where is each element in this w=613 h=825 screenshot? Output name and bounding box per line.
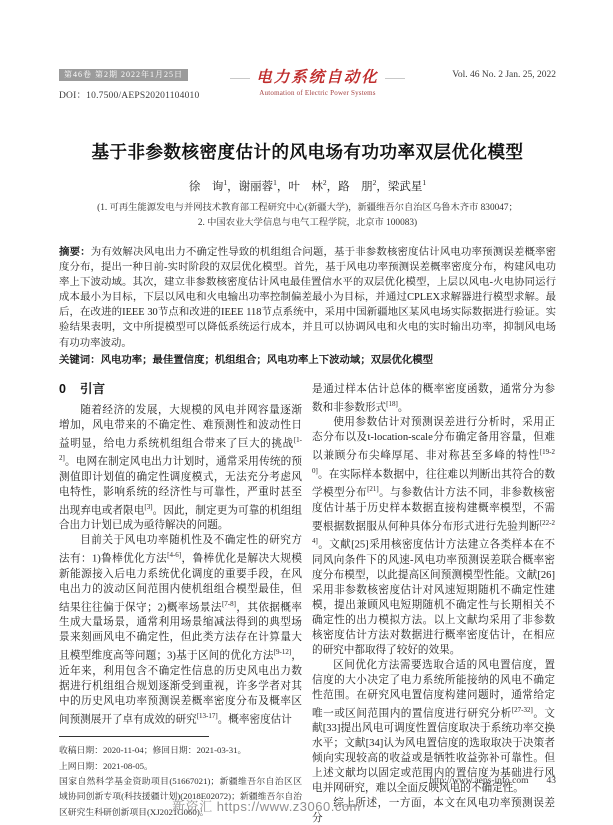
journal-title-en: Automation of Electric Power Systems [229,89,406,97]
page-footer: http://www.aeps-info.com43 [429,776,556,786]
paragraph: 目前关于风电功率随机性及不确定性的研究方法有：1)鲁棒优化方法[4-6]，鲁棒优… [59,533,302,727]
journal-url: http://www.aeps-info.com [429,776,528,786]
affiliation-line-2: 2. 中国农业大学信息与电气工程学院，北京市 100083) [59,216,556,231]
paper-page: 第46卷 第2期 2022年1月25日 DOI：10.7500/AEPS2020… [0,0,613,825]
volume-info: Vol. 46 No. 2 Jan. 25, 2022 [406,64,556,80]
keywords-text: 风电功率；最佳置信度；机组组合；风电功率上下波动域；双层优化模型 [101,355,434,366]
abstract: 摘要：为有效解决风电出力不确定性导致的机组组合问题，基于非参数核密度估计风电功率… [59,245,556,351]
watermark: 新资汇 https://www.z3060.com [0,796,533,815]
keywords-label: 关键词： [59,355,101,366]
section-number: 0 [59,382,66,396]
footnote-rule [59,736,209,737]
article-title: 基于非参数核密度估计的风电场有功功率双层优化模型 [59,139,556,164]
doi-text: DOI：10.7500/AEPS20201104010 [59,87,229,101]
section-title: 引言 [80,382,105,396]
paragraph: 使用参数估计对预测误差进行分析时，采用正态分布以及t-location-scal… [312,415,555,658]
issue-badge: 第46卷 第2期 2022年1月25日 [59,69,188,81]
online-date: 上网日期：2021-08-05。 [59,759,302,774]
abstract-label: 摘要： [59,247,91,258]
received-date: 收稿日期：2020-11-04；修回日期：2021-03-31。 [59,743,302,758]
logo-left-rule [230,78,250,79]
body-columns: 0引言 随着经济的发展，大规模的风电并网容量逐渐增加，风电带来的不确定性、难预测… [59,382,556,825]
affiliation-line-1: (1. 可再生能源发电与并网技术教育部工程研究中心(新疆大学)，新疆维吾尔自治区… [59,201,556,216]
keywords: 关键词：风电功率；最佳置信度；机组组合；风电功率上下波动域；双层优化模型 [59,353,556,368]
section-heading: 0引言 [59,382,302,397]
header-left: 第46卷 第2期 2022年1月25日 DOI：10.7500/AEPS2020… [59,64,229,101]
paragraph: 随着经济的发展，大规模的风电并网容量逐渐增加，风电带来的不确定性、难预测性和波动… [59,403,302,534]
logo-right-rule [385,78,405,79]
left-column: 0引言 随着经济的发展，大规模的风电并网容量逐渐增加，风电带来的不确定性、难预测… [59,382,302,825]
right-column: 是通过样本估计总体的概率密度函数，通常分为参数和非参数形式[18]。 使用参数估… [312,382,555,825]
journal-title-cn: 电力系统自动化 [256,65,379,87]
paragraph-continuation: 是通过样本估计总体的概率密度函数，通常分为参数和非参数形式[18]。 [312,382,555,416]
affiliations: (1. 可再生能源发电与并网技术教育部工程研究中心(新疆大学)，新疆维吾尔自治区… [59,201,556,231]
journal-header: 第46卷 第2期 2022年1月25日 DOI：10.7500/AEPS2020… [59,64,556,101]
author-line: 徐 询1，谢丽蓉1，叶 林2，路 朋2，梁武星1 [59,178,556,194]
journal-logo-block: 电力系统自动化 Automation of Electric Power Sys… [229,64,406,97]
abstract-text: 为有效解决风电出力不确定性导致的机组组合问题，基于非参数核密度估计风电功率预测误… [59,247,556,349]
page-number: 43 [547,776,557,786]
